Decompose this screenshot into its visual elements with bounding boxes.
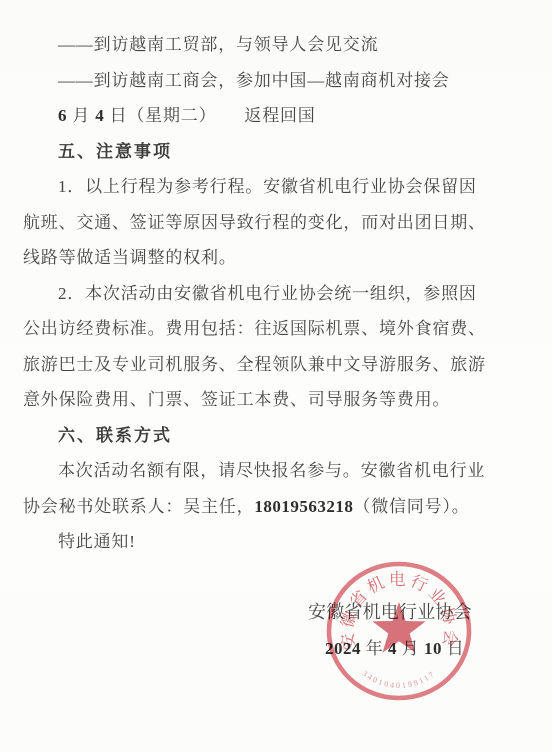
itinerary-line-2: ——到访越南工商会，参加中国—越南商机对接会 <box>23 63 501 99</box>
return-day-number: 6 <box>58 106 67 125</box>
section-heading-contact: 六、联系方式 <box>23 418 501 454</box>
return-date-line: 6 月 4 日（星期二）返程回国 <box>23 98 501 134</box>
scanned-notice-page: ——到访越南工贸部，与领导人会见交流 ——到访越南工商会，参加中国—越南商机对接… <box>0 0 552 752</box>
phone-number: 18019563218 <box>254 497 353 516</box>
return-activity: 返程回国 <box>244 106 315 125</box>
document-body: ——到访越南工贸部，与领导人会见交流 ——到访越南工商会，参加中国—越南商机对接… <box>23 27 501 560</box>
closing-line: 特此通知! <box>23 524 501 560</box>
contact-line-2: 协会秘书处联系人：吴主任，18019563218（微信同号）。 <box>23 489 501 525</box>
seal-star-icon <box>372 602 425 653</box>
official-seal: 安徽省机电行业协会 3401040198117 <box>324 559 474 703</box>
note1-line-3: 线路等做适当调整的权利。 <box>23 240 501 276</box>
note2-line-4: 意外保险费用、门票、签证工本费、司导服务等费用。 <box>23 382 501 418</box>
itinerary-line-1: ——到访越南工贸部，与领导人会见交流 <box>23 27 501 63</box>
note2-line-3: 旅游巴士及专业司机服务、全程领队兼中文导游服务、旅游 <box>23 347 501 383</box>
note2-line-2: 公出访经费标准。费用包括：往返国际机票、境外食宿费、 <box>23 311 501 347</box>
note1-line-1: 1．以上行程为参考行程。安徽省机电行业协会保留因 <box>23 169 501 205</box>
section-heading-notes: 五、注意事项 <box>23 134 501 170</box>
contact-line-suffix: （微信同号）。 <box>353 497 469 516</box>
return-date-number: 4 <box>95 106 104 125</box>
return-month-label: 月 <box>67 106 95 125</box>
contact-person-label: 协会秘书处联系人：吴主任， <box>23 497 254 516</box>
contact-line-1: 本次活动名额有限，请尽快报名参与。安徽省机电行业 <box>23 453 501 489</box>
return-weekday-label: 日（星期二） <box>105 106 217 125</box>
note2-line-1: 2．本次活动由安徽省机电行业协会统一组织，参照因 <box>23 276 501 312</box>
seal-code: 3401040198117 <box>361 669 438 690</box>
note1-line-2: 航班、交通、签证等原因导致行程的变化，而对出团日期、 <box>23 205 501 241</box>
